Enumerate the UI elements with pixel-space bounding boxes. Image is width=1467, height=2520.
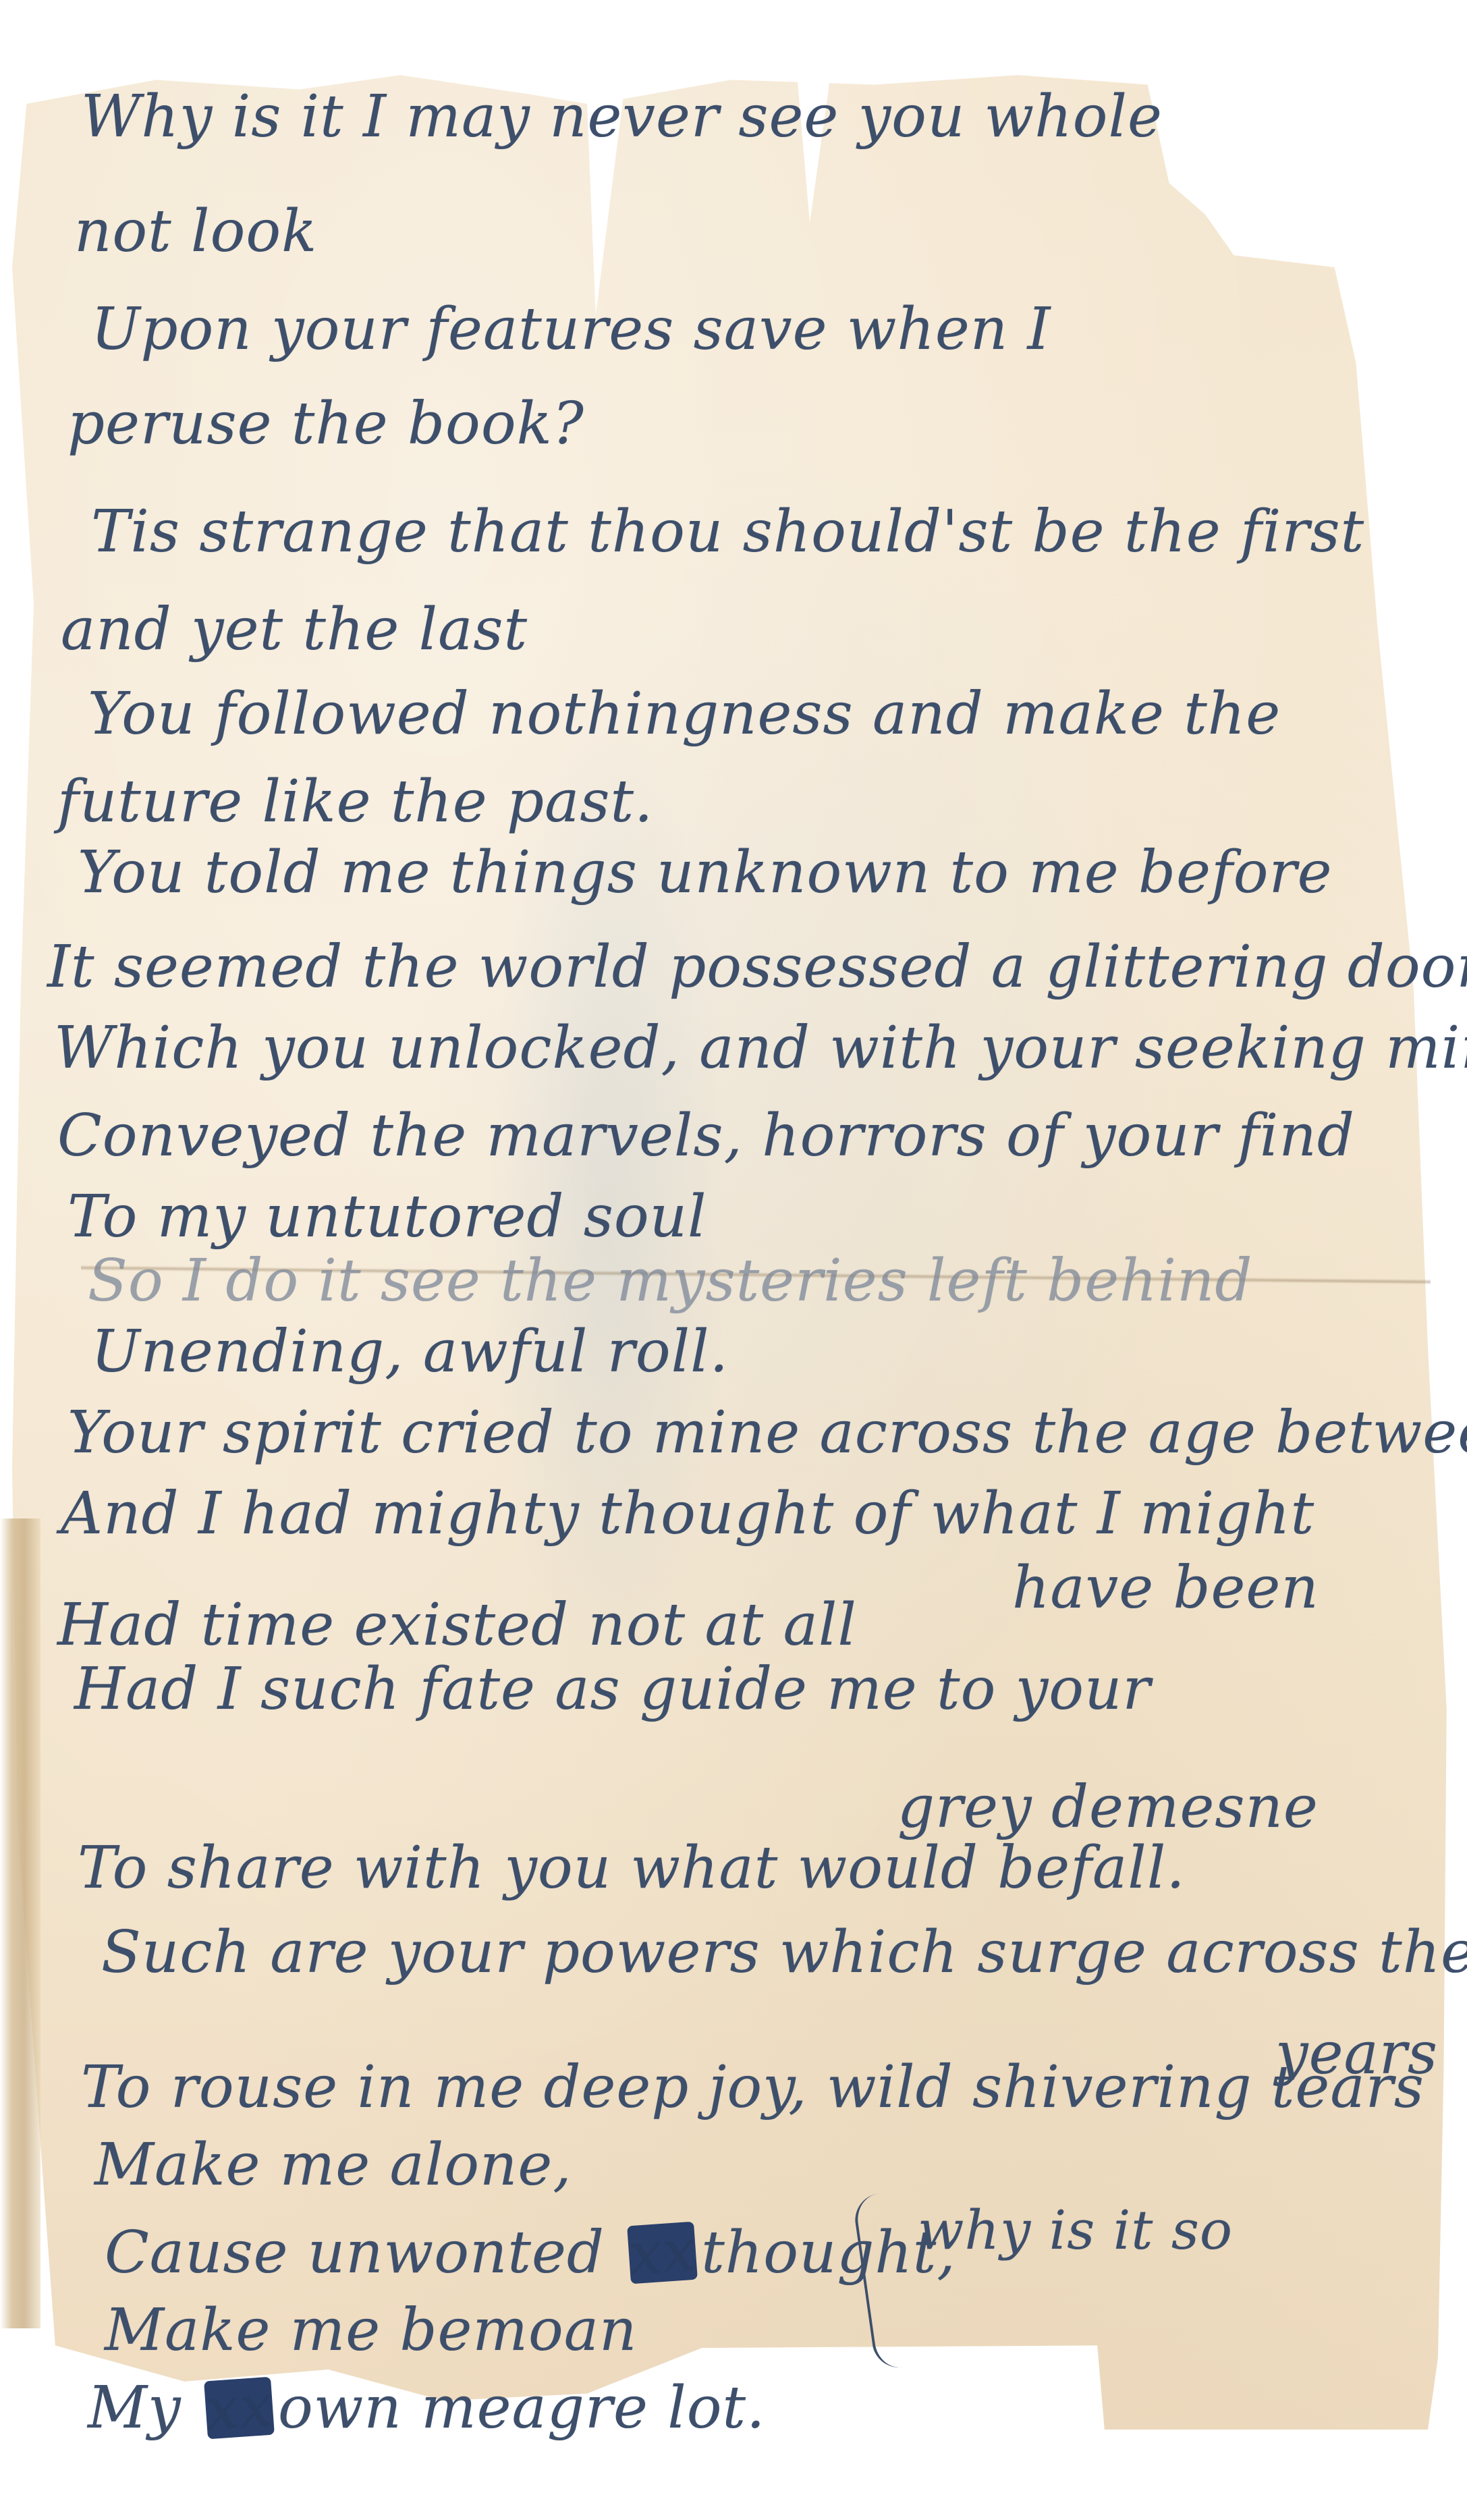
poem-line: not look	[74, 202, 317, 261]
ink-blot-strikeout: xx	[204, 2377, 275, 2440]
poem-line: Make me bemoan	[105, 2301, 637, 2359]
poem-line: You followed nothingness and make the	[88, 685, 1281, 743]
poem-line: and yet the last	[61, 601, 528, 659]
poem-line: My xxown meagre lot.	[88, 2379, 765, 2437]
poem-line: Cause unwonted xxthought,	[105, 2224, 956, 2282]
poem-line: have been	[1012, 1559, 1319, 1617]
poem-line: Such are your powers which surge across …	[101, 1923, 1467, 1981]
poem-line: To my untutored soul	[67, 1188, 707, 1246]
poem-line: And I had mighty thought of what I might	[61, 1485, 1314, 1543]
poem-line: Conveyed the marvels, horrors of your fi…	[57, 1107, 1355, 1165]
poem-line: Tis strange that thou should'st be the f…	[91, 503, 1364, 561]
poem-line: It seemed the world possessed a glitteri…	[47, 938, 1467, 996]
paper-worn-edge	[0, 1518, 40, 2328]
poem-line: Had I such fate as guide me to your	[74, 1660, 1151, 1718]
poem-line: To share with you what would befall.	[78, 1839, 1186, 1897]
poem-line: So I do it see the mysteries left behind	[88, 1252, 1252, 1310]
poem-line: peruse the book?	[67, 395, 584, 453]
poem-line: Unending, awful roll.	[91, 1323, 729, 1381]
poem-line: grey demesne	[897, 1778, 1319, 1836]
poem-line: Make me alone,	[94, 2136, 572, 2194]
poem-line: You told me things unknown to me before	[78, 844, 1333, 902]
poem-line: Why is it I may never see you whole	[81, 88, 1163, 146]
poem-line: To rouse in me deep joy, wild shivering …	[81, 2058, 1424, 2116]
poem-line: future like the past.	[57, 773, 653, 831]
poem-line: Which you unlocked, and with your seekin…	[54, 1019, 1467, 1077]
poem-line: Had time existed not at all	[57, 1596, 857, 1654]
poem-line: Your spirit cried to mine across the age…	[67, 1404, 1467, 1462]
margin-note: why is it so	[918, 2203, 1233, 2257]
poem-line: Upon your features save when I	[91, 300, 1051, 358]
ink-blot-strikeout: xx	[627, 2222, 698, 2284]
